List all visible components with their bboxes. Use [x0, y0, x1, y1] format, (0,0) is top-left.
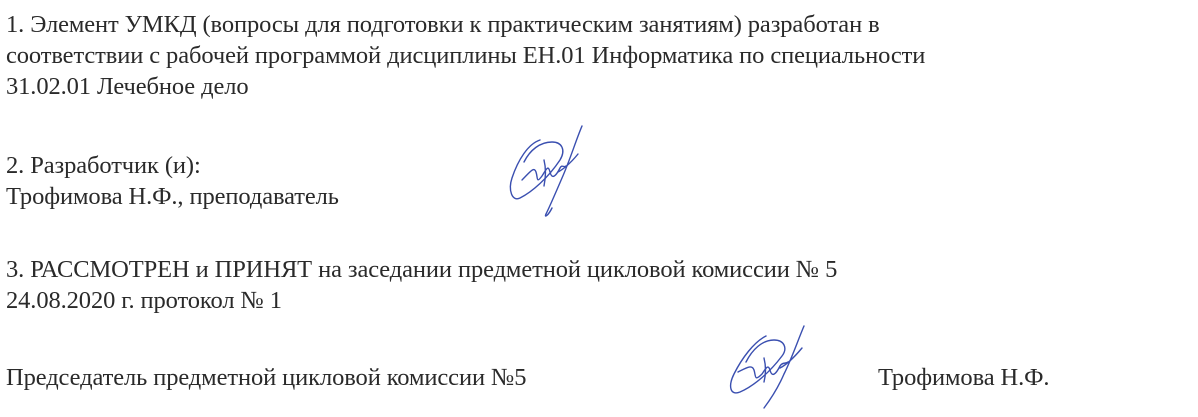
section1-line1: 1. Элемент УМКД (вопросы для подготовки …	[6, 9, 880, 40]
section2-heading: 2. Разработчик (и):	[6, 150, 201, 181]
chair-title: Председатель предметной цикловой комисси…	[6, 362, 526, 393]
chair-name: Трофимова Н.Ф.	[878, 362, 1049, 393]
chair-signature-icon	[718, 322, 818, 412]
section1-line2: соответствии с рабочей программой дисцип…	[6, 40, 925, 71]
developer-name: Трофимова Н.Ф., преподаватель	[6, 181, 339, 212]
developer-signature-icon	[500, 120, 590, 220]
section3-line2: 24.08.2020 г. протокол № 1	[6, 285, 282, 316]
section3-line1: 3. РАССМОТРЕН и ПРИНЯТ на заседании пред…	[6, 254, 837, 285]
section1-line3: 31.02.01 Лечебное дело	[6, 71, 249, 102]
